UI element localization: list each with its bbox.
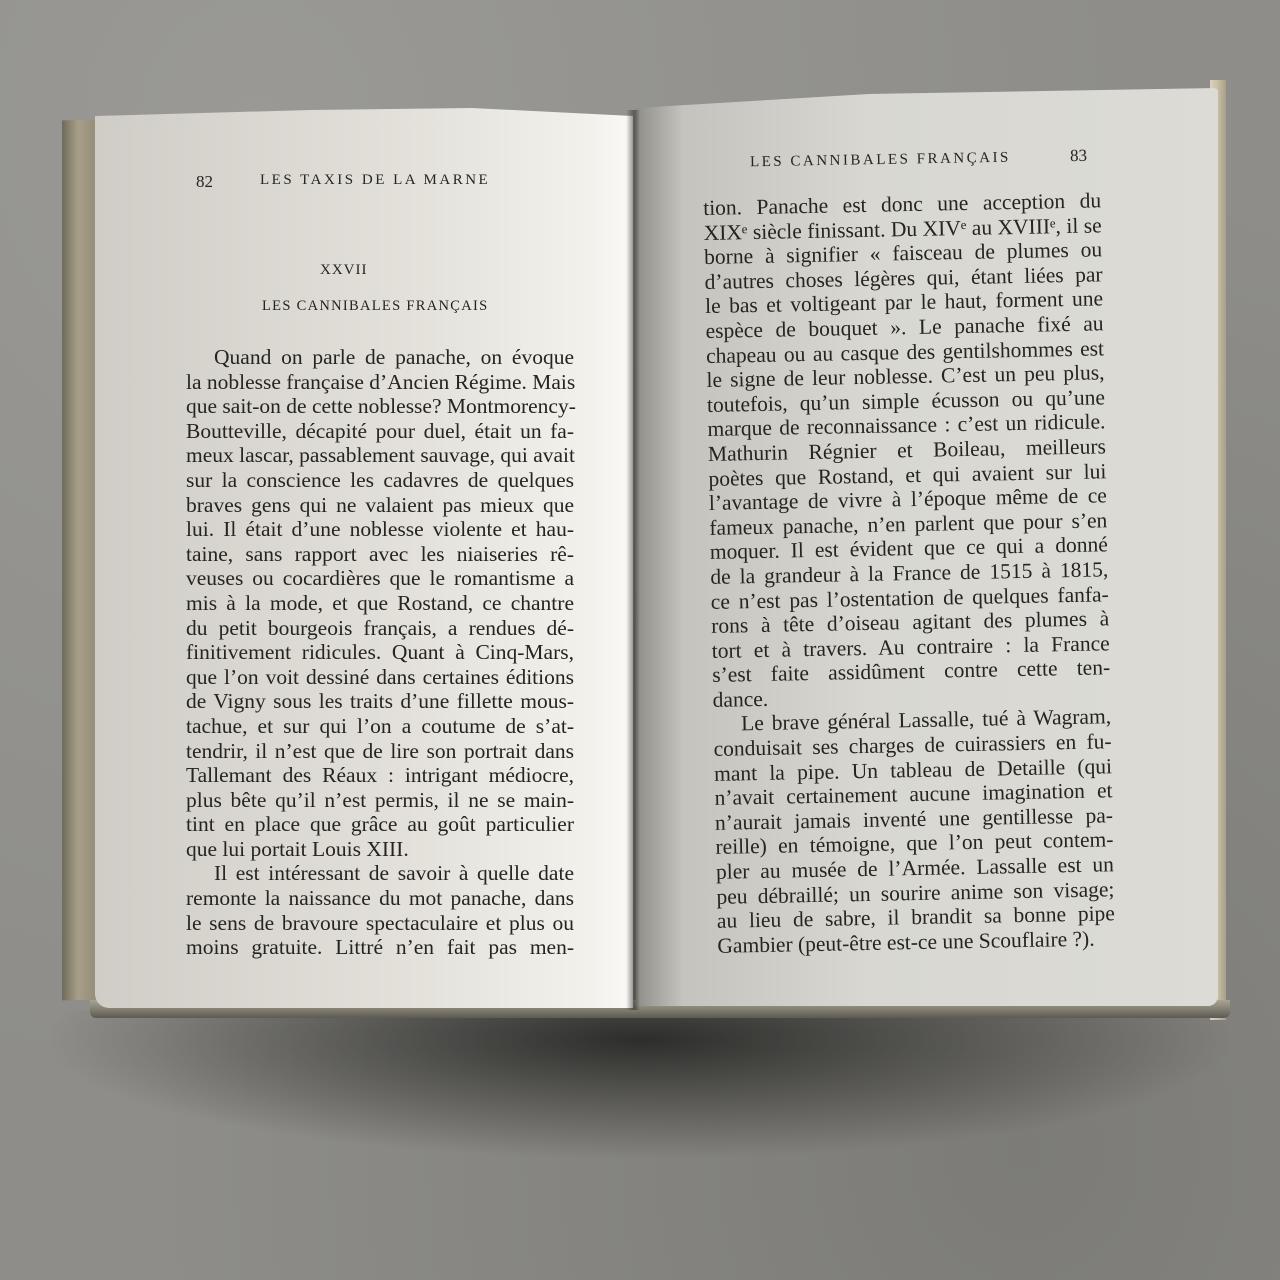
text-line: finitivement ridicules. Quant à Cinq-Mar… bbox=[186, 640, 574, 665]
text-line: veuses ou cocardières que le romantisme … bbox=[186, 566, 574, 591]
text-line: Boutteville, décapité pour duel, était u… bbox=[186, 419, 574, 444]
text-line: Quand on parle de panache, on évoque bbox=[186, 345, 574, 370]
text-line: le sens de bravoure spectaculaire et plu… bbox=[186, 911, 574, 936]
right-page-body: tion. Panache est donc une acception du … bbox=[703, 188, 1116, 958]
text-line: tachue, et sur qui l’on a coutume de s’a… bbox=[186, 714, 574, 739]
text-line: du petit bourgeois français, a rendues d… bbox=[186, 616, 574, 641]
text-line: que sait-on de cette noblesse? Montmoren… bbox=[186, 394, 574, 419]
text-line: braves gens qui ne valaient pas mieux qu… bbox=[186, 493, 574, 518]
open-book: 82 LES TAXIS DE LA MARNE XXVII LES CANNI… bbox=[0, 0, 1280, 1280]
book-gutter bbox=[626, 110, 640, 1010]
left-page-number: 82 bbox=[196, 172, 213, 192]
right-page-number: 83 bbox=[1070, 146, 1087, 166]
text-line: lui. Il était d’une noblesse violente et… bbox=[186, 517, 574, 542]
text-line: Il est intéressant de savoir à quelle da… bbox=[186, 861, 574, 886]
text-line: sur la conscience les cadavres de quelqu… bbox=[186, 468, 574, 493]
text-line: que lui portait Louis XIII. bbox=[186, 837, 574, 862]
left-page-body: Quand on parle de panache, on évoque la … bbox=[186, 345, 574, 960]
left-running-head: LES TAXIS DE LA MARNE bbox=[260, 172, 490, 189]
text-line: mis à la mode, et que Rostand, ce chantr… bbox=[186, 591, 574, 616]
chapter-number: XXVII bbox=[320, 262, 368, 279]
text-line: remonte la naissance du mot panache, dan… bbox=[186, 886, 574, 911]
text-line: tendrir, il n’est que de lire son portra… bbox=[186, 739, 574, 764]
text-line: taine, sans rapport avec les niaiseries … bbox=[186, 542, 574, 567]
chapter-title: LES CANNIBALES FRANÇAIS bbox=[262, 298, 488, 315]
text-line: tint en place que grâce au goût particul… bbox=[186, 812, 574, 837]
text-line: la noblesse française d’Ancien Régime. M… bbox=[186, 370, 574, 395]
text-line: moins gratuite. Littré n’en fait pas men… bbox=[186, 935, 574, 960]
text-line: de Vigny sous les traits d’une fillette … bbox=[186, 689, 574, 714]
text-line: que l’on voit dessiné dans certaines édi… bbox=[186, 665, 574, 690]
text-line: plus bête qu’il n’est permis, il ne se m… bbox=[186, 788, 574, 813]
text-line: Tallemant des Réaux : intrigant médiocre… bbox=[186, 763, 574, 788]
text-line: meux lascar, passablement sauvage, qui a… bbox=[186, 443, 574, 468]
